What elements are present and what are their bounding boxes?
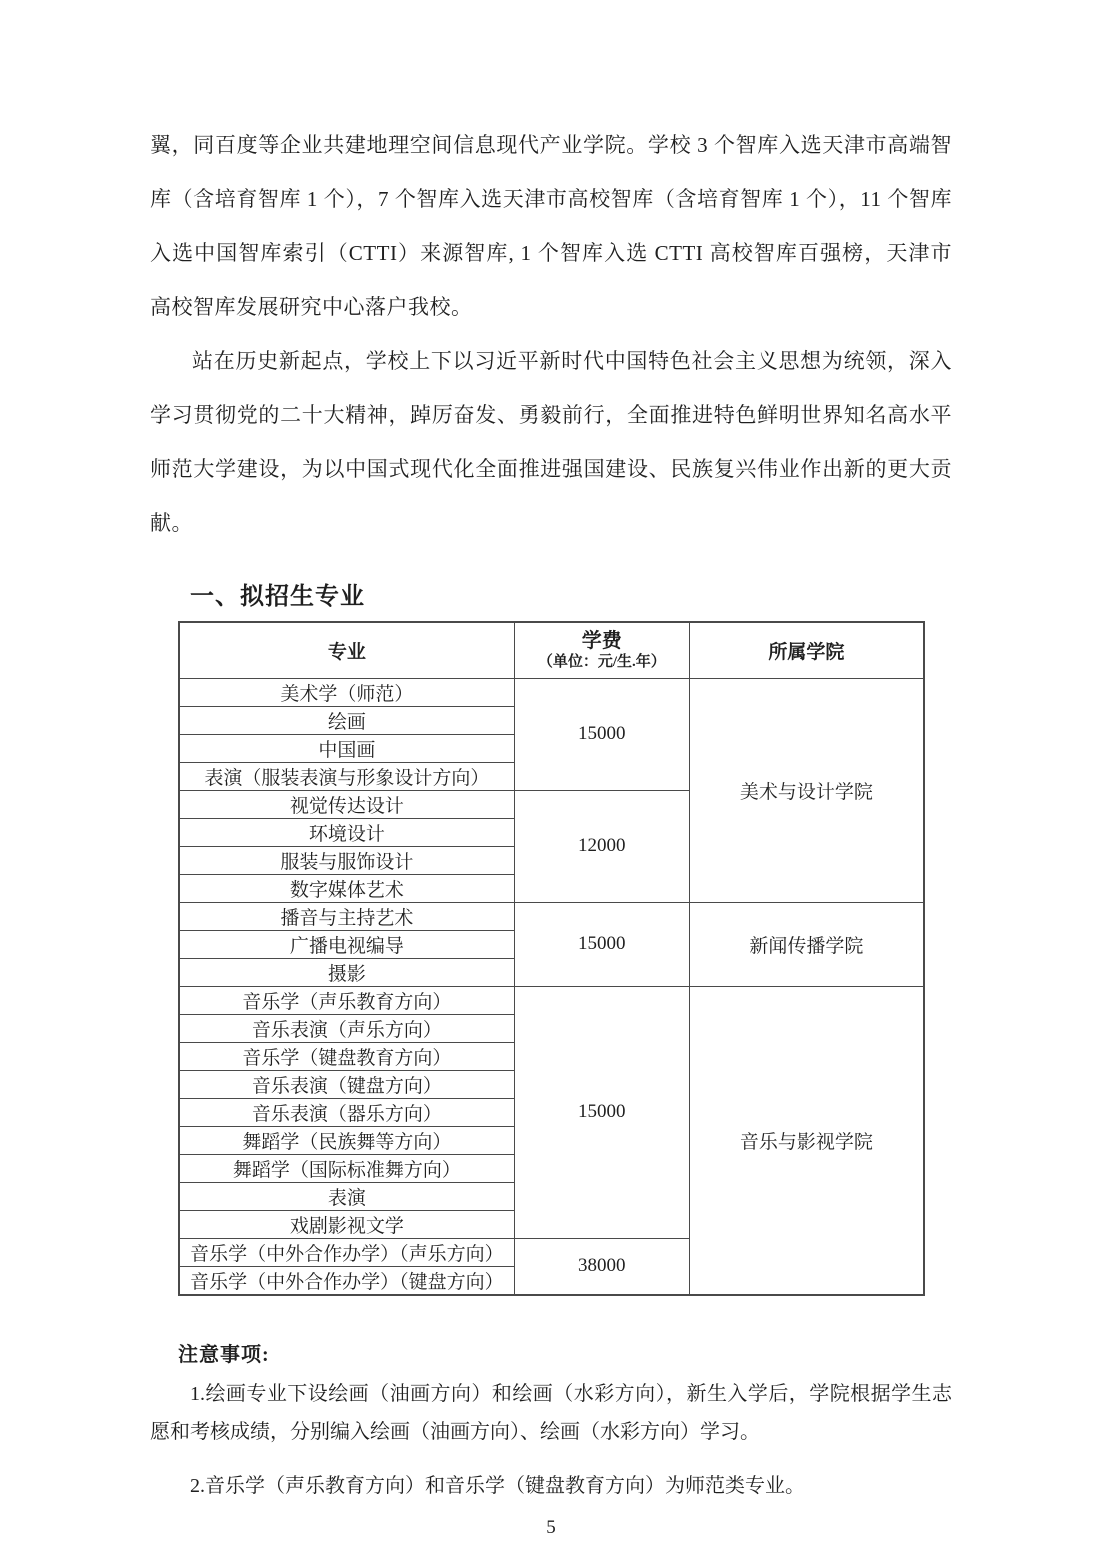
paragraph-think-tanks: 翼，同百度等企业共建地理空间信息现代产业学院。学校 3 个智库入选天津市高端智库… (150, 118, 952, 334)
note-item-1: 1.绘画专业下设绘画（油画方向）和绘画（水彩方向），新生入学后，学院根据学生志愿… (150, 1375, 952, 1451)
major-cell: 摄影 (179, 958, 514, 986)
major-cell: 广播电视编导 (179, 930, 514, 958)
fee-cell: 15000 (514, 902, 689, 986)
col-header-major: 专业 (179, 622, 514, 678)
major-cell: 舞蹈学（民族舞等方向） (179, 1126, 514, 1154)
major-cell: 音乐表演（键盘方向） (179, 1070, 514, 1098)
major-cell: 美术学（师范） (179, 678, 514, 706)
major-cell: 音乐表演（器乐方向） (179, 1098, 514, 1126)
major-cell: 中国画 (179, 734, 514, 762)
col-header-college: 所属学院 (689, 622, 924, 678)
fee-cell: 12000 (514, 790, 689, 902)
table-row: 音乐学（声乐教育方向）15000音乐与影视学院 (179, 986, 924, 1014)
note-item-2: 2.音乐学（声乐教育方向）和音乐学（键盘教育方向）为师范类专业。 (150, 1467, 952, 1505)
major-cell: 音乐学（键盘教育方向） (179, 1042, 514, 1070)
major-cell: 音乐表演（声乐方向） (179, 1014, 514, 1042)
major-cell: 绘画 (179, 706, 514, 734)
fee-header-unit: （单位：元/生.年） (517, 653, 687, 672)
page-number: 5 (150, 1517, 952, 1539)
college-cell: 美术与设计学院 (689, 678, 924, 902)
major-cell: 播音与主持艺术 (179, 902, 514, 930)
major-cell: 视觉传达设计 (179, 790, 514, 818)
college-cell: 新闻传播学院 (689, 902, 924, 986)
major-cell: 音乐学（中外合作办学）（声乐方向） (179, 1238, 514, 1266)
fee-cell: 38000 (514, 1238, 689, 1295)
major-cell: 音乐学（声乐教育方向） (179, 986, 514, 1014)
major-cell: 音乐学（中外合作办学）（键盘方向） (179, 1266, 514, 1295)
major-cell: 表演 (179, 1182, 514, 1210)
fee-cell: 15000 (514, 678, 689, 790)
notes-heading: 注意事项: (178, 1338, 952, 1367)
table-row: 美术学（师范）15000美术与设计学院 (179, 678, 924, 706)
section-heading-majors: 一、拟招生专业 (190, 576, 952, 611)
major-cell: 数字媒体艺术 (179, 874, 514, 902)
majors-table: 专业 学费 （单位：元/生.年） 所属学院 美术学（师范）15000美术与设计学… (178, 621, 925, 1296)
major-cell: 表演（服装表演与形象设计方向） (179, 762, 514, 790)
major-cell: 戏剧影视文学 (179, 1210, 514, 1238)
major-cell: 舞蹈学（国际标准舞方向） (179, 1154, 514, 1182)
major-cell: 环境设计 (179, 818, 514, 846)
major-cell: 服装与服饰设计 (179, 846, 514, 874)
table-header-row: 专业 学费 （单位：元/生.年） 所属学院 (179, 622, 924, 678)
col-header-fee: 学费 （单位：元/生.年） (514, 622, 689, 678)
paragraph-new-era: 站在历史新起点，学校上下以习近平新时代中国特色社会主义思想为统领，深入学习贯彻党… (150, 334, 952, 550)
college-cell: 音乐与影视学院 (689, 986, 924, 1295)
fee-header-title: 学费 (517, 629, 687, 653)
document-page: 翼，同百度等企业共建地理空间信息现代产业学院。学校 3 个智库入选天津市高端智库… (0, 0, 1102, 1559)
table-row: 播音与主持艺术15000新闻传播学院 (179, 902, 924, 930)
fee-cell: 15000 (514, 986, 689, 1238)
